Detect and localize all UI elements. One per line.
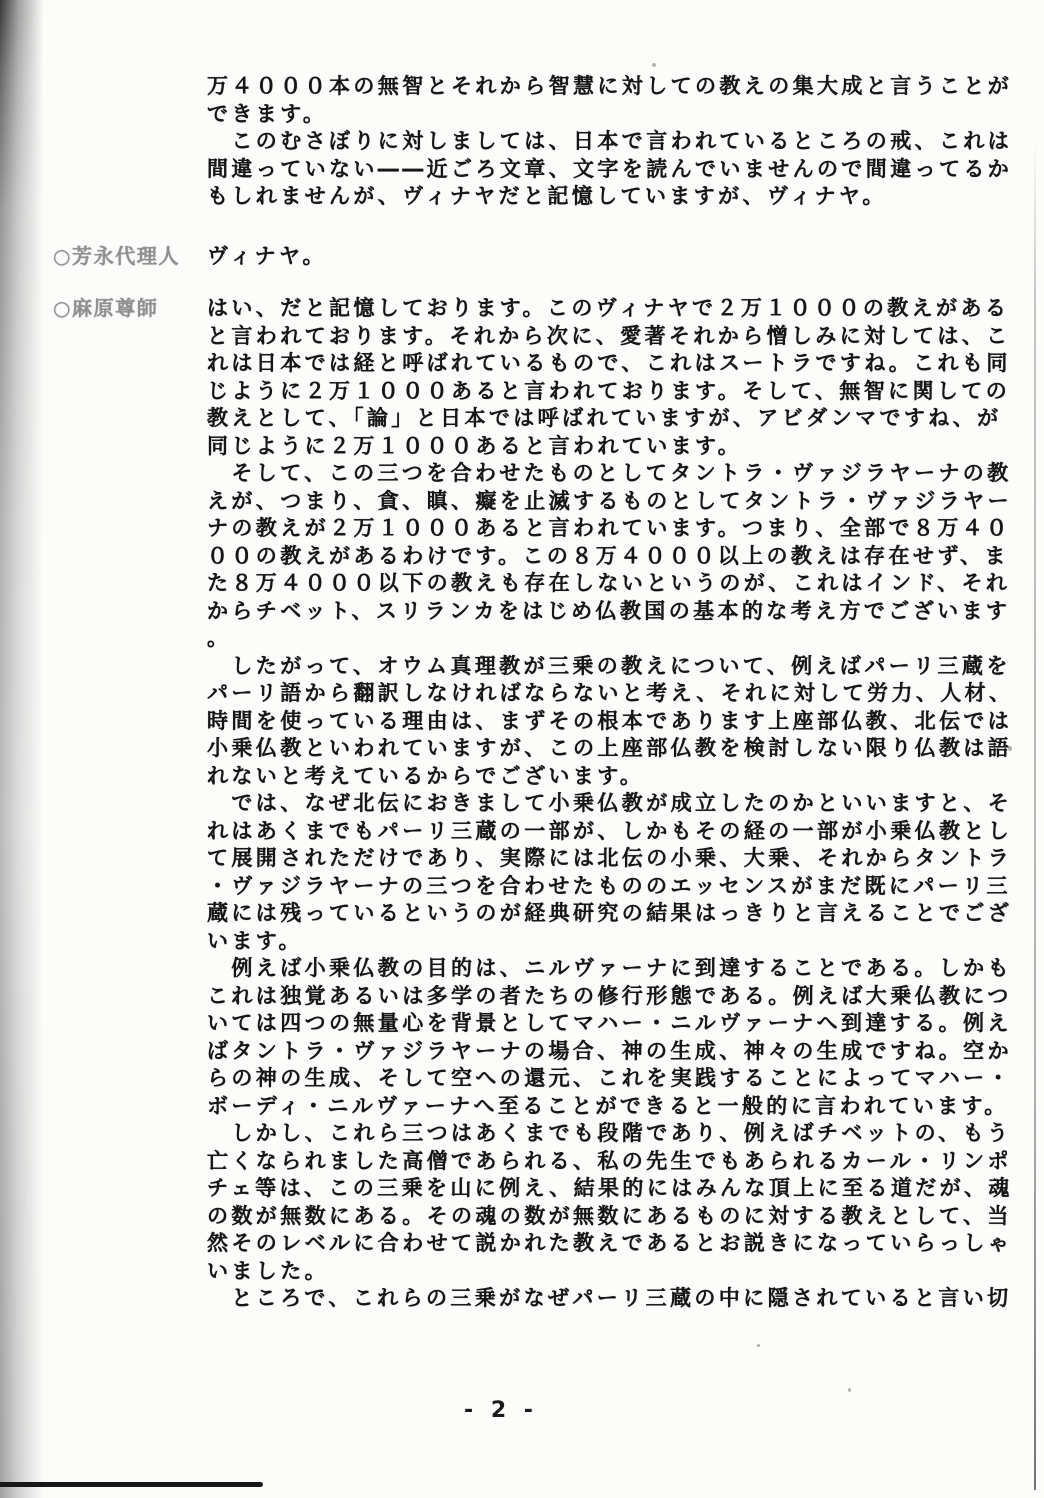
transcript-line: しかし、これら三つはあくまでも段階であり、例えばチベットの、もう bbox=[207, 1120, 982, 1148]
transcript-line: 例えば小乗仏教の目的は、ニルヴァーナに到達することである。しかも bbox=[207, 955, 982, 983]
transcript-line: れないと考えているからでございます。 bbox=[207, 763, 982, 791]
transcript-line: ばタントラ・ヴァジラヤーナの場合、神の生成、神々の生成ですね。空か bbox=[207, 1038, 982, 1066]
transcript-line: したがって、オウム真理教が三乗の教えについて、例えばパーリ三蔵を bbox=[207, 653, 982, 681]
transcript-line: 同じように２万１０００あると言われています。 bbox=[207, 433, 982, 461]
transcript-line: ヴィナヤ。 bbox=[207, 243, 982, 271]
scan-edge-shadow-left bbox=[0, 0, 46, 1498]
transcript-line: えが、つまり、貪、瞋、癡を止滅するものとしてタントラ・ヴァジラヤー bbox=[207, 488, 982, 516]
speech-block: 万４０００本の無智とそれから智慧に対しての教えの集大成と言うことができます。 こ… bbox=[207, 73, 982, 211]
scan-edge-line-bottom bbox=[0, 1482, 263, 1487]
transcript-line: ところで、これらの三乗がなぜパーリ三蔵の中に隠されていると言い切 bbox=[207, 1285, 982, 1313]
transcript-line: た８万４０００以下の教えも存在しないというのが、これはインド、それ bbox=[207, 570, 982, 598]
transcript-line: と言われております。それから次に、愛著それから憎しみに対しては、こ bbox=[207, 323, 982, 351]
transcript-line: て展開されただけであり、実際には北伝の小乗、大乗、それからタントラ bbox=[207, 845, 982, 873]
transcript-line: このむさぼりに対しましては、日本で言われているところの戒、これは bbox=[207, 128, 982, 156]
transcript-line: れは日本では経と呼ばれているもので、これはスートラですね。これも同 bbox=[207, 350, 982, 378]
speaker-label: ○麻原尊師 bbox=[53, 295, 158, 323]
transcript-line: 時間を使っている理由は、まずその根本であります上座部仏教、北伝では bbox=[207, 708, 982, 736]
transcript-line: これは独覚あるいは多学の者たちの修行形態である。例えば大乗仏教につ bbox=[207, 983, 982, 1011]
scan-speck bbox=[757, 1344, 760, 1347]
transcript-line: では、なぜ北伝におきまして小乗仏教が成立したのかといいますと、そ bbox=[207, 790, 982, 818]
transcript-line: できます。 bbox=[207, 101, 982, 129]
document-page: 万４０００本の無智とそれから智慧に対しての教えの集大成と言うことができます。 こ… bbox=[0, 0, 1044, 1498]
transcript-line: ボーディ・ニルヴァーナへ至ることができると一般的に言われています。 bbox=[207, 1093, 982, 1121]
transcript-line: 万４０００本の無智とそれから智慧に対しての教えの集大成と言うことが bbox=[207, 73, 982, 101]
transcript-line: 小乗仏教といわれていますが、この上座部仏教を検討しない限り仏教は語 bbox=[207, 735, 982, 763]
page-number: - 2 - bbox=[0, 1398, 1002, 1423]
transcript-line: いました。 bbox=[207, 1258, 982, 1286]
transcript-line: じように２万１０００あると言われております。そして、無智に関しての bbox=[207, 378, 982, 406]
transcript-line: れはあくまでもパーリ三蔵の一部が、しかもその経の一部が小乗仏教とし bbox=[207, 818, 982, 846]
transcript-line: ナの教えが２万１０００あると言われています。つまり、全部で８万４０ bbox=[207, 515, 982, 543]
speech-block: ヴィナヤ。 bbox=[207, 243, 982, 271]
transcript-line: そして、この三つを合わせたものとしてタントラ・ヴァジラヤーナの教 bbox=[207, 460, 982, 488]
speaker-label: ○芳永代理人 bbox=[53, 243, 180, 271]
transcript-line: 亡くなられました高僧であられる、私の先生でもあられるカール・リンポ bbox=[207, 1148, 982, 1176]
transcript-line: 間違っていない――近ごろ文章、文字を読んでいませんので間違ってるか bbox=[207, 156, 982, 184]
transcript-line: います。 bbox=[207, 928, 982, 956]
transcript-line: いては四つの無量心を背景としてマハー・ニルヴァーナへ到達する。例え bbox=[207, 1010, 982, 1038]
scan-edge-line-right bbox=[1034, 140, 1036, 1490]
scan-speck bbox=[848, 1388, 851, 1392]
transcript-line: 然そのレベルに合わせて説かれた教えであるとお説きになっていらっしゃ bbox=[207, 1230, 982, 1258]
transcript-line: ・ヴァジラヤーナの三つを合わせたもののエッセンスがまだ既にパーリ三 bbox=[207, 873, 982, 901]
transcript-line: 教えとして、「論」と日本では呼ばれていますが、アビダンマですね、が bbox=[207, 405, 982, 433]
transcript-line: ００の教えがあるわけです。この８万４０００以上の教えは存在せず、ま bbox=[207, 543, 982, 571]
transcript-line: チェ等は、この三乗を山に例え、結果的にはみんな頂上に至る道だが、魂 bbox=[207, 1175, 982, 1203]
transcript-line: はい、だと記憶しております。このヴィナヤで２万１０００の教えがある bbox=[207, 295, 982, 323]
transcript-line: の数が無数にある。その魂の数が無数にあるものに対する教えとして、当 bbox=[207, 1203, 982, 1231]
transcript-line: パーリ語から翻訳しなければならないと考え、それに対して労力、人材、 bbox=[207, 680, 982, 708]
transcript-line: もしれませんが、ヴィナヤだと記憶していますが、ヴィナヤ。 bbox=[207, 183, 982, 211]
speech-block: はい、だと記憶しております。このヴィナヤで２万１０００の教えがあると言われており… bbox=[207, 295, 982, 1313]
transcript-line: 。 bbox=[207, 625, 982, 653]
transcript-line: らの神の生成、そして空への還元、これを実践することによってマハー・ bbox=[207, 1065, 982, 1093]
transcript-line: からチベット、スリランカをはじめ仏教国の基本的な考え方でございます bbox=[207, 598, 982, 626]
scan-speck bbox=[652, 63, 656, 67]
transcript-line: 蔵には残っているというのが経典研究の結果はっきりと言えることでござ bbox=[207, 900, 982, 928]
